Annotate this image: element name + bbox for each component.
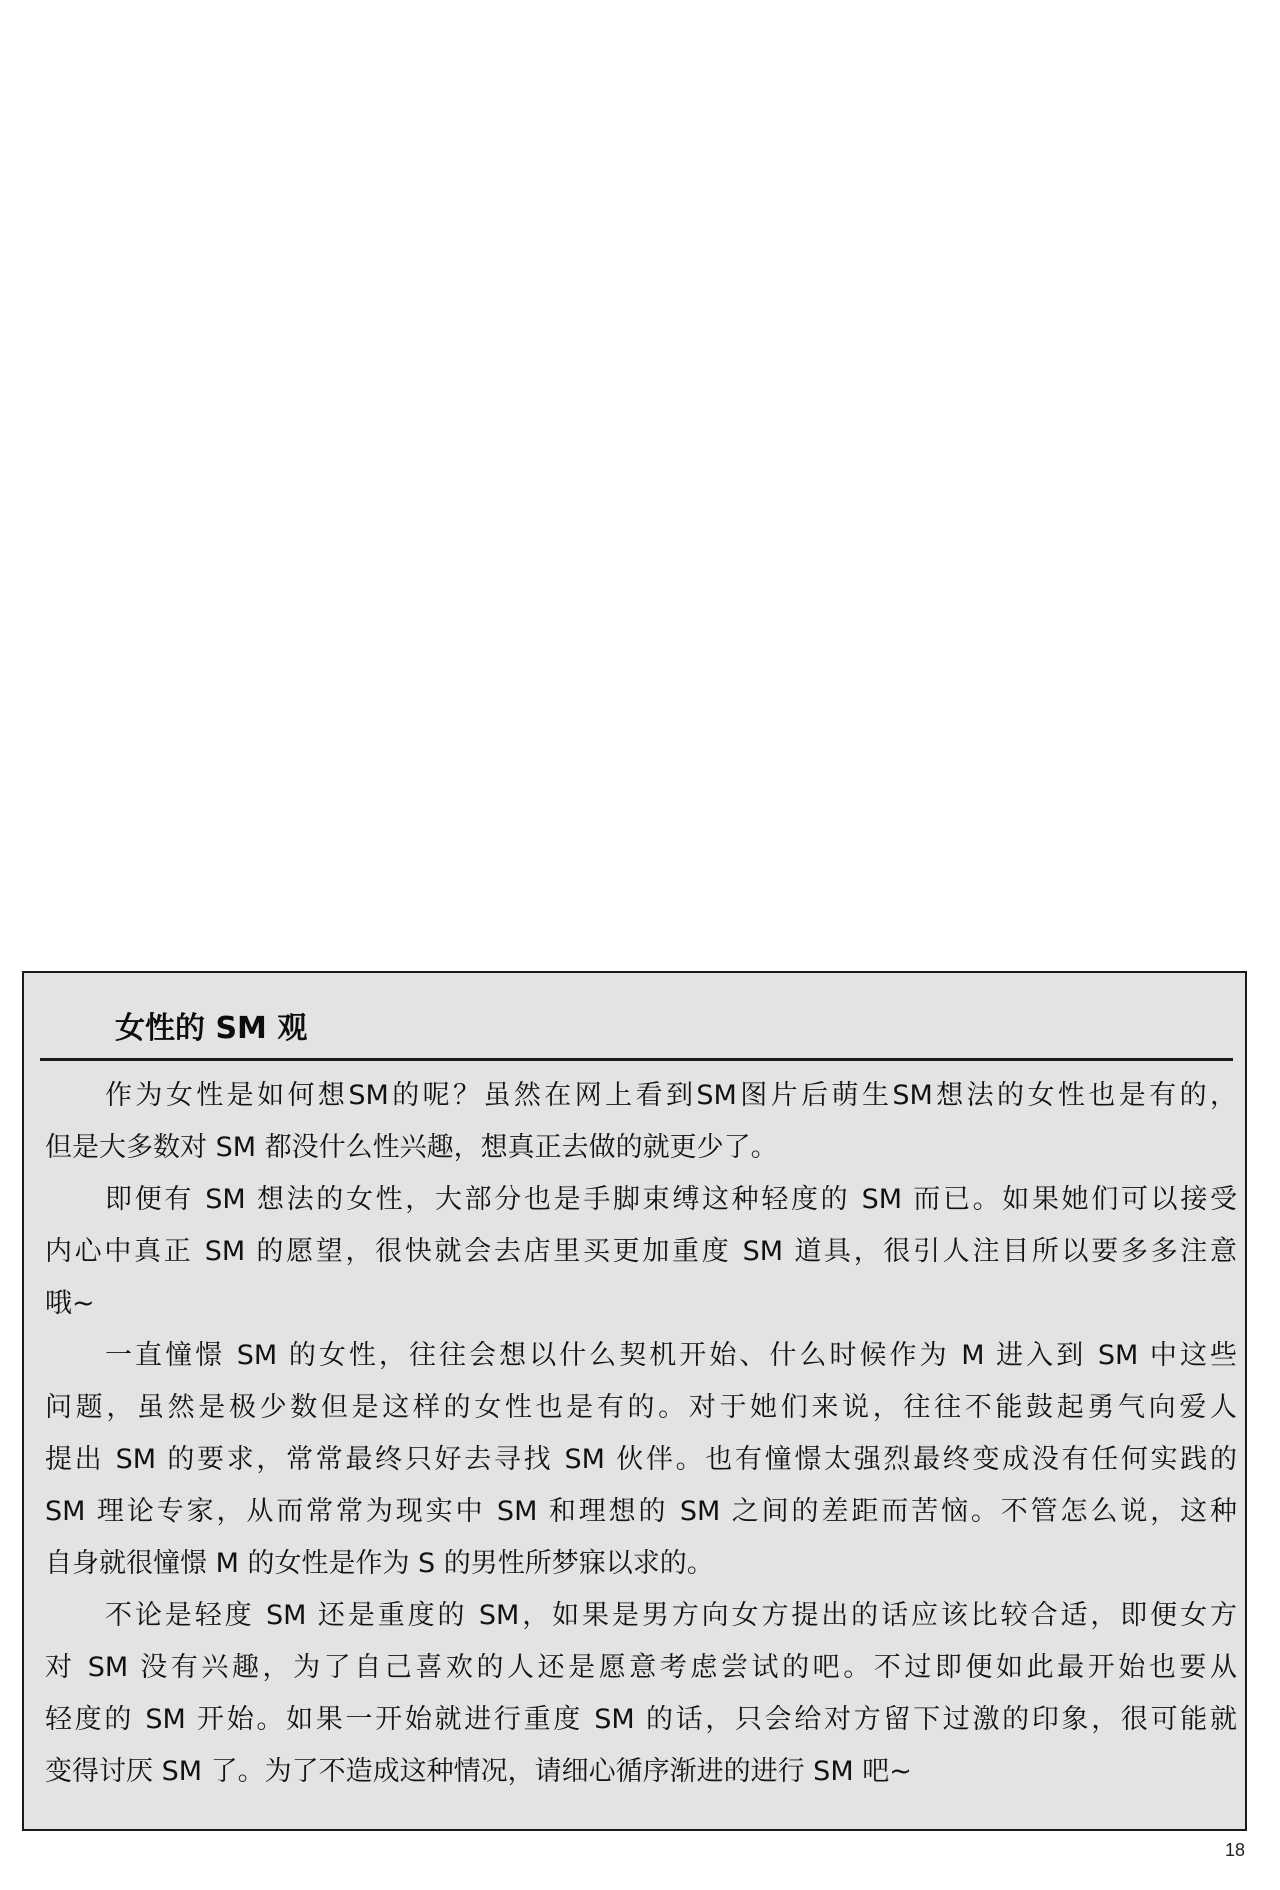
paragraph: 即便有 SM 想法的女性，大部分也是手脚束缚这种轻度的 SM 而已。如果她们可以… — [45, 1174, 1237, 1330]
text-line: 即便有 SM 想法的女性，大部分也是手脚束缚这种轻度的 SM 而已。如果她们可以… — [45, 1174, 1237, 1226]
text-line: 提出 SM 的要求，常常最终只好去寻找 SM 伙伴。也有憧憬太强烈最终变成没有任… — [45, 1434, 1237, 1486]
box-title: 女性的 SM 观 — [115, 1009, 307, 1049]
sidebar-box: 女性的 SM 观 作为女性是如何想SM的呢？虽然在网上看到SM图片后萌生SM想法… — [22, 971, 1247, 1831]
text-line: SM 理论专家，从而常常为现实中 SM 和理想的 SM 之间的差距而苦恼。不管怎… — [45, 1486, 1237, 1538]
text-line: 自身就很憧憬 M 的女性是作为 S 的男性所梦寐以求的。 — [45, 1538, 1237, 1590]
text-line: 内心中真正 SM 的愿望，很快就会去店里买更加重度 SM 道具，很引人注目所以要… — [45, 1226, 1237, 1278]
text-line: 但是大多数对 SM 都没什么性兴趣，想真正去做的就更少了。 — [45, 1122, 1237, 1174]
paragraph: 不论是轻度 SM 还是重度的 SM，如果是男方向女方提出的话应该比较合适，即便女… — [45, 1590, 1237, 1798]
text-line: 作为女性是如何想SM的呢？虽然在网上看到SM图片后萌生SM想法的女性也是有的， — [45, 1070, 1237, 1122]
document-page: 女性的 SM 观 作为女性是如何想SM的呢？虽然在网上看到SM图片后萌生SM想法… — [0, 0, 1280, 1890]
paragraph: 作为女性是如何想SM的呢？虽然在网上看到SM图片后萌生SM想法的女性也是有的， … — [45, 1070, 1237, 1174]
paragraph: 一直憧憬 SM 的女性，往往会想以什么契机开始、什么时候作为 M 进入到 SM … — [45, 1330, 1237, 1590]
text-line: 哦~ — [45, 1278, 1237, 1330]
text-line: 问题，虽然是极少数但是这样的女性也是有的。对于她们来说，往往不能鼓起勇气向爱人 — [45, 1382, 1237, 1434]
title-divider — [40, 1058, 1233, 1061]
box-body: 作为女性是如何想SM的呢？虽然在网上看到SM图片后萌生SM想法的女性也是有的， … — [45, 1070, 1237, 1798]
page-number: 18 — [1225, 1838, 1245, 1862]
text-line: 轻度的 SM 开始。如果一开始就进行重度 SM 的话，只会给对方留下过激的印象，… — [45, 1694, 1237, 1746]
text-line: 不论是轻度 SM 还是重度的 SM，如果是男方向女方提出的话应该比较合适，即便女… — [45, 1590, 1237, 1642]
text-line: 一直憧憬 SM 的女性，往往会想以什么契机开始、什么时候作为 M 进入到 SM … — [45, 1330, 1237, 1382]
text-line: 变得讨厌 SM 了。为了不造成这种情况，请细心循序渐进的进行 SM 吧~ — [45, 1746, 1237, 1798]
text-line: 对 SM 没有兴趣，为了自己喜欢的人还是愿意考虑尝试的吧。不过即便如此最开始也要… — [45, 1642, 1237, 1694]
